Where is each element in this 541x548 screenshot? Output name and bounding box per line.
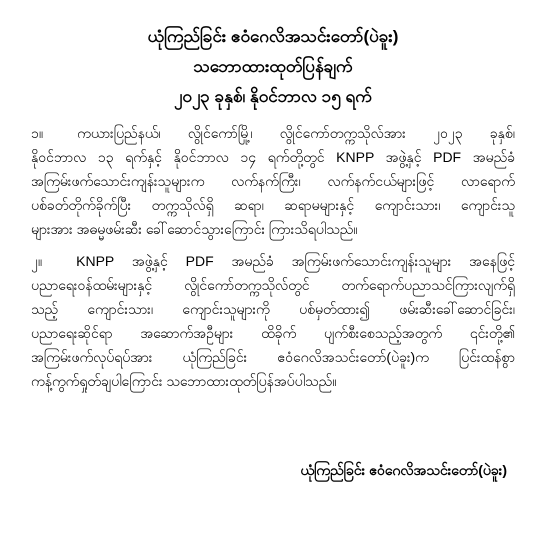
paragraph-1-line-4: ပစ်ခတ်တိုက်ခိုက်ပြီး တက္ကသိုလ်ရှိ ဆရာ၊ ဆ… (31, 193, 515, 217)
statement-title: သဘောထားထုတ်ပြန်ချက် (31, 52, 515, 82)
statement-date: ၂၀၂၃ ခုနှစ်၊ နိုဝင်ဘာလ ၁၅ ရက် (31, 82, 515, 112)
paragraph-2-line-6: ကန့်ကွက်ရှုတ်ချပါကြောင်း သဘောထားထုတ်ပြန်… (31, 369, 515, 393)
signature-line: ယုံကြည်ခြင်း ဧဝံဂေလိအသင်းတော်(ပဲခူး) (31, 458, 515, 482)
paragraph-1-line-1: ၁။ကယားပြည်နယ်၊ လွိုင်ကော်မြို့၊ လွိုင်ကေ… (31, 121, 515, 145)
paragraph-1: ၁။ကယားပြည်နယ်၊ လွိုင်ကော်မြို့၊ လွိုင်ကေ… (31, 121, 515, 241)
statement-document: ယုံကြည်ခြင်း ဧဝံဂေလိအသင်းတော်(ပဲခူး) သဘေ… (0, 0, 541, 548)
paragraph-2-line-4: ပညာရေးဆိုင်ရာ အဆောက်အဦများ ထိခိုက် ပျက်စ… (31, 321, 515, 345)
paragraph-2-line-1: ၂။KNPP အဖွဲ့နှင့် PDF အမည်ခံ အကြမ်းဖက်သေ… (31, 249, 515, 273)
paragraph-2-line-3: သည့် ကျောင်းသား၊ ကျောင်းသူများကို ပစ်မှတ… (31, 297, 515, 321)
paragraph-1-text: ကယားပြည်နယ်၊ လွိုင်ကော်မြို့၊ လွိုင်ကော်… (77, 125, 515, 141)
paragraph-1-line-5: များအား အဓမ္မဖမ်းဆီး ခေါ်ဆောင်သွားကြောင်… (31, 217, 515, 241)
document-header: ယုံကြည်ခြင်း ဧဝံဂေလိအသင်းတော်(ပဲခူး) သဘေ… (31, 22, 515, 112)
paragraph-2-number: ၂။ (31, 249, 42, 273)
paragraph-1-number: ၁။ (31, 121, 43, 145)
paragraph-2-line-2: ပညာရေးဝန်ထမ်းများနှင့် လွိုင်ကော်တက္ကသို… (31, 273, 515, 297)
paragraph-2-text: KNPP အဖွဲ့နှင့် PDF အမည်ခံ အကြမ်းဖက်သောင… (76, 253, 515, 269)
organization-title: ယုံကြည်ခြင်း ဧဝံဂေလိအသင်းတော်(ပဲခူး) (31, 22, 515, 52)
paragraph-2: ၂။KNPP အဖွဲ့နှင့် PDF အမည်ခံ အကြမ်းဖက်သေ… (31, 249, 515, 393)
paragraph-2-line-5: အကြမ်းဖက်လုပ်ရပ်အား ယုံကြည်ခြင်း ဧဝံဂေလိ… (31, 345, 515, 369)
paragraph-1-line-2: နိုဝင်ဘာလ ၁၃ ရက်နှင့် နိုဝင်ဘာလ ၁၄ ရက်တိ… (31, 145, 515, 169)
document-body: ၁။ကယားပြည်နယ်၊ လွိုင်ကော်မြို့၊ လွိုင်ကေ… (31, 121, 515, 393)
paragraph-1-line-3: အကြမ်းဖက်သောင်းကျန်းသူများက လက်နက်ကြီး၊ … (31, 169, 515, 193)
